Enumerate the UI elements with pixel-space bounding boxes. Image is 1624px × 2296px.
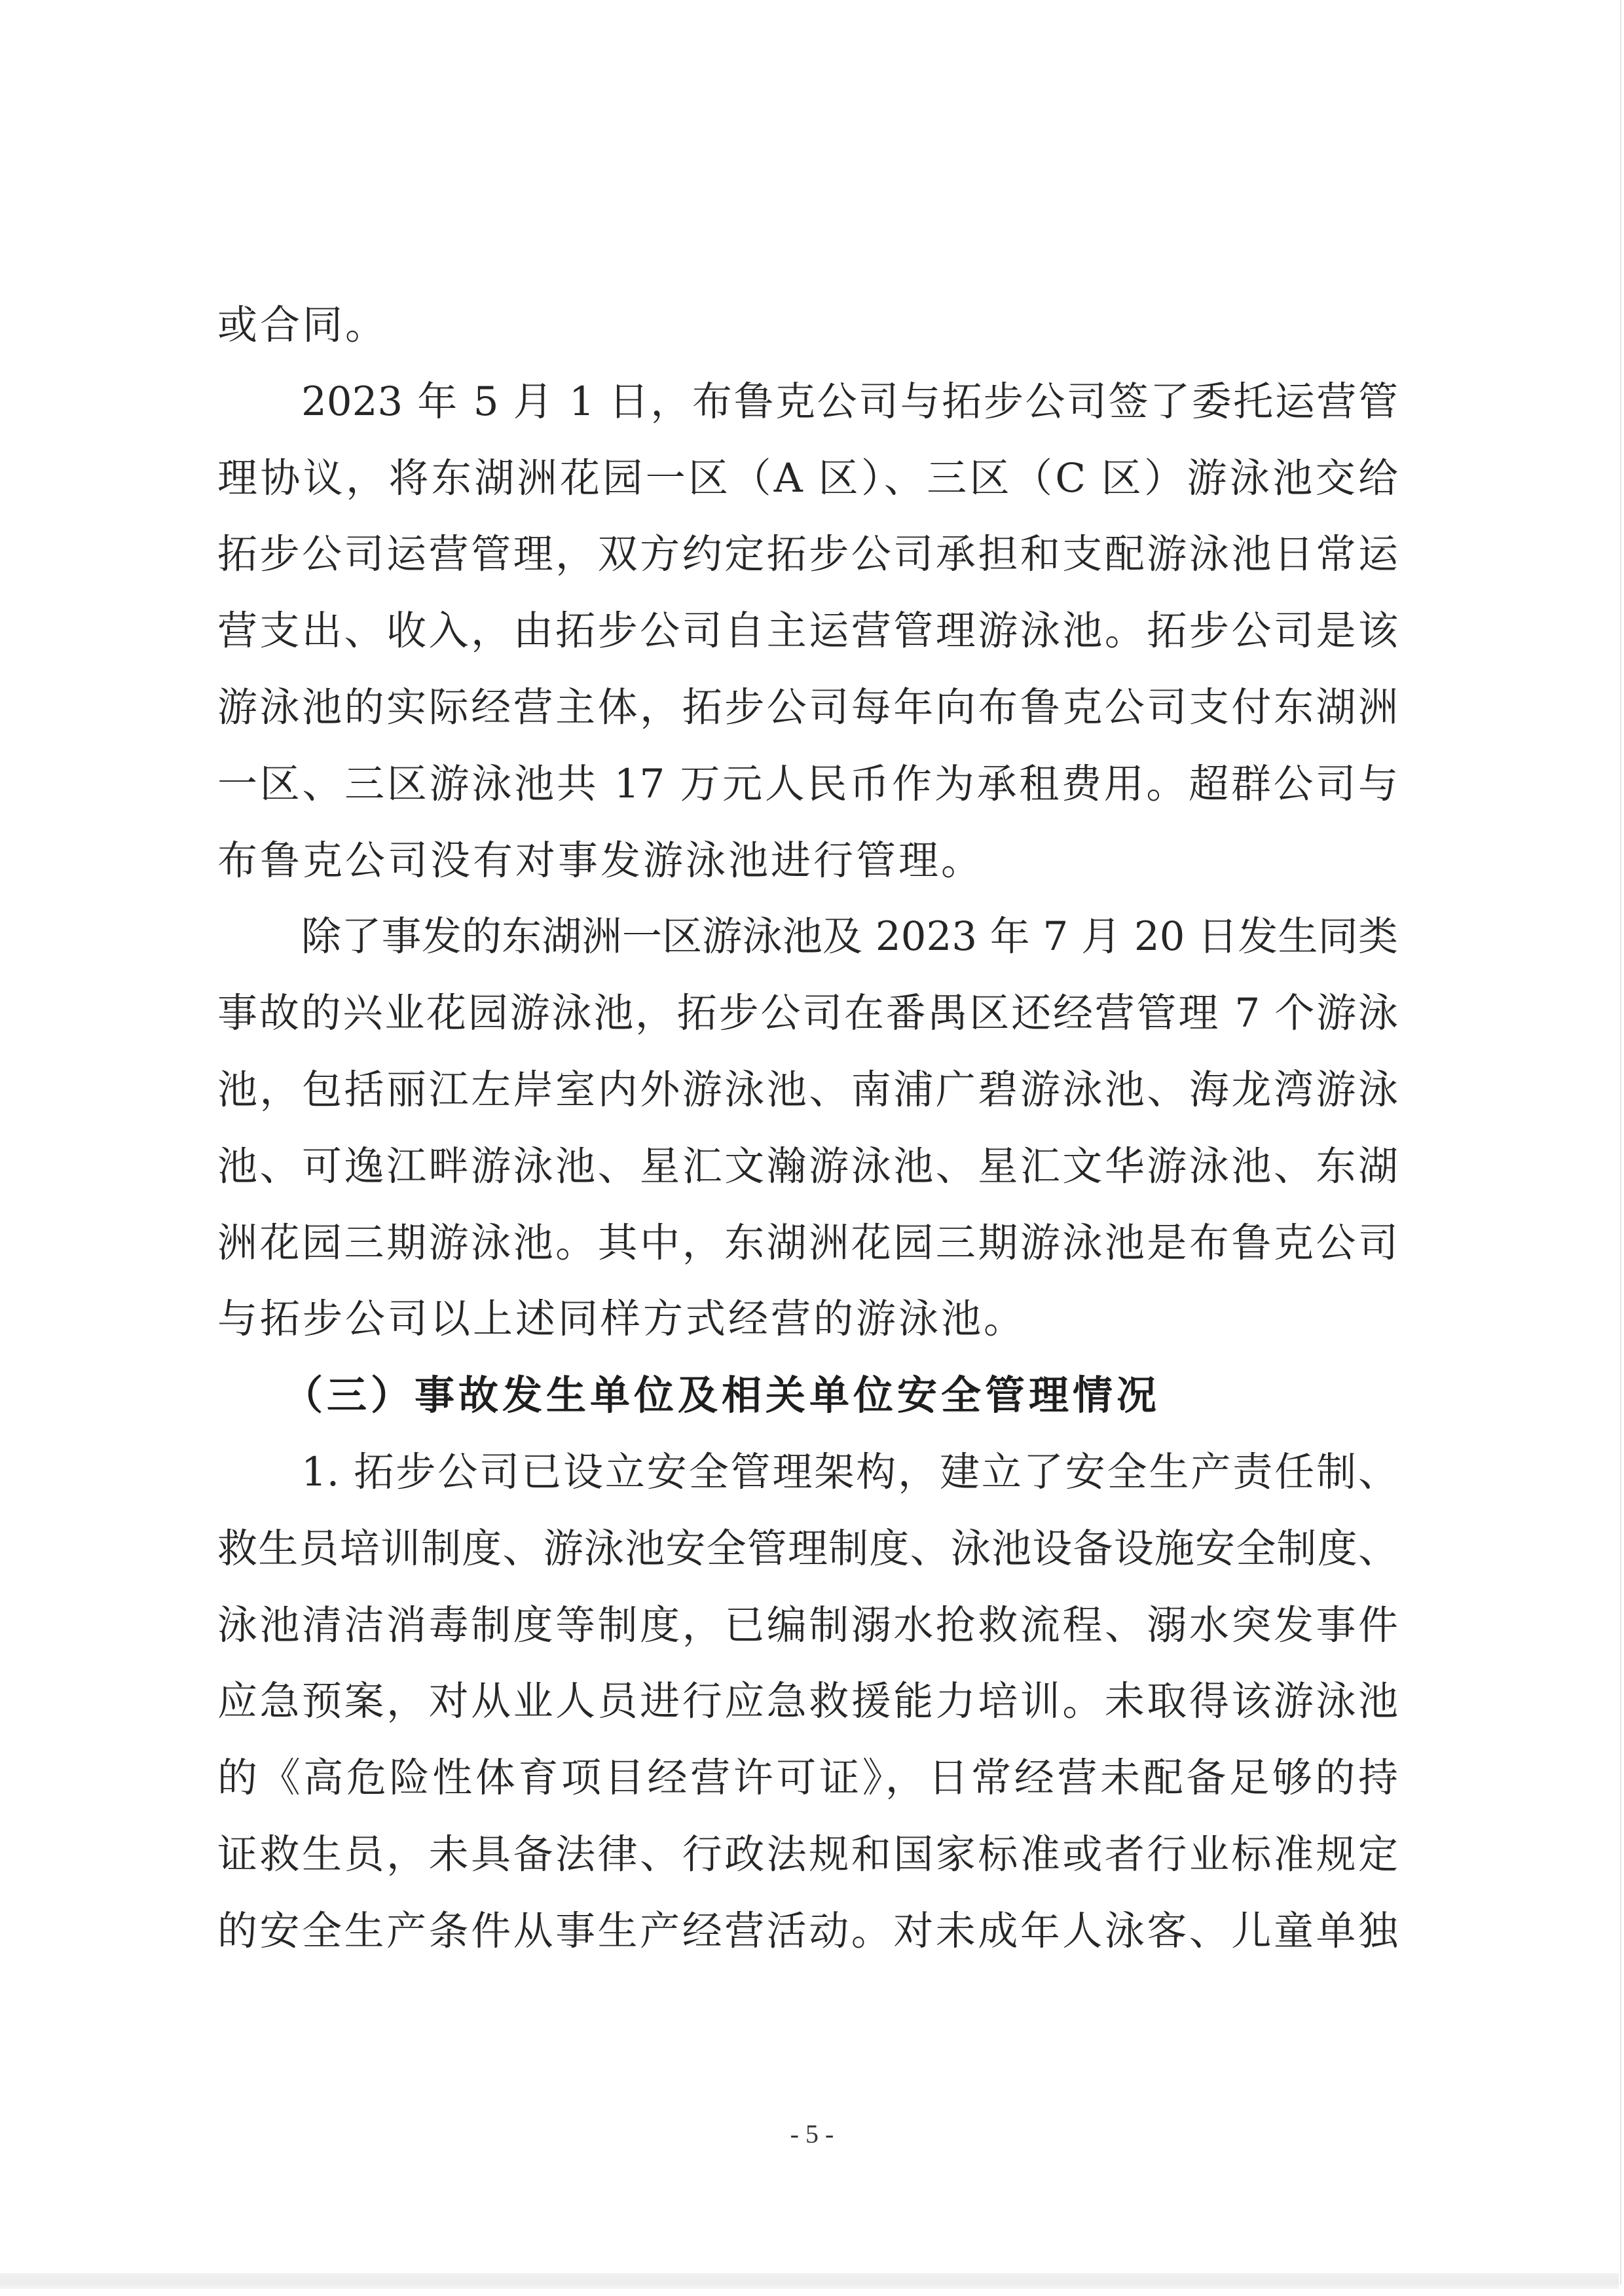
paragraph-start-line: 2023 年 5 月 1 日，布鲁克公司与拓步公司签了委托运营管 [217, 364, 1398, 441]
text-line: 游泳池的实际经营主体，拓步公司每年向布鲁克公司支付东湖洲 [217, 670, 1398, 746]
text-line: 池，包括丽江左岸室内外游泳池、南浦广碧游泳池、海龙湾游泳 [217, 1052, 1398, 1129]
text-line: 应急预案，对从业人员进行应急救援能力培训。未取得该游泳池 [217, 1664, 1398, 1740]
text-line: 布鲁克公司没有对事发游泳池进行管理。 [217, 823, 1398, 900]
section-heading: （三）事故发生单位及相关单位安全管理情况 [217, 1358, 1398, 1434]
text-line: 救生员培训制度、游泳池安全管理制度、泳池设备设施安全制度、 [217, 1511, 1398, 1588]
text-line: 的安全生产条件从事生产经营活动。对未成年人泳客、儿童单独 [217, 1893, 1398, 1970]
text-line: 或合同。 [217, 287, 1398, 364]
text-line: 理协议，将东湖洲花园一区（A 区）、三区（C 区）游泳池交给 [217, 441, 1398, 517]
text-line: 一区、三区游泳池共 17 万元人民币作为承租费用。超群公司与 [217, 746, 1398, 823]
text-line: 与拓步公司以上述同样方式经营的游泳池。 [217, 1281, 1398, 1358]
text-line: 营支出、收入，由拓步公司自主运营管理游泳池。拓步公司是该 [217, 593, 1398, 670]
paragraph-start-line: 除了事发的东湖洲一区游泳池及 2023 年 7 月 20 日发生同类 [217, 899, 1398, 975]
body-text: 或合同。 2023 年 5 月 1 日，布鲁克公司与拓步公司签了委托运营管 理协… [217, 287, 1398, 1970]
text-line: 拓步公司运营管理，双方约定拓步公司承担和支配游泳池日常运 [217, 517, 1398, 593]
text-line: 泳池清洁消毒制度等制度，已编制溺水抢救流程、溺水突发事件 [217, 1588, 1398, 1664]
text-line: 洲花园三期游泳池。其中，东湖洲花园三期游泳池是布鲁克公司 [217, 1205, 1398, 1282]
paragraph-start-line: 1. 拓步公司已设立安全管理架构，建立了安全生产责任制、 [217, 1434, 1398, 1511]
text-line: 的《高危险性体育项目经营许可证》，日常经营未配备足够的持 [217, 1740, 1398, 1817]
page-number: - 5 - [0, 2119, 1624, 2149]
text-line: 事故的兴业花园游泳池，拓步公司在番禺区还经营管理 7 个游泳 [217, 975, 1398, 1052]
scan-shadow-band [0, 2273, 1619, 2289]
scan-edge-line [1620, 0, 1621, 2285]
text-line: 池、可逸江畔游泳池、星汇文瀚游泳池、星汇文华游泳池、东湖 [217, 1129, 1398, 1205]
text-line: 证救生员，未具备法律、行政法规和国家标准或者行业标准规定 [217, 1817, 1398, 1893]
document-page: 或合同。 2023 年 5 月 1 日，布鲁克公司与拓步公司签了委托运营管 理协… [0, 0, 1624, 2296]
